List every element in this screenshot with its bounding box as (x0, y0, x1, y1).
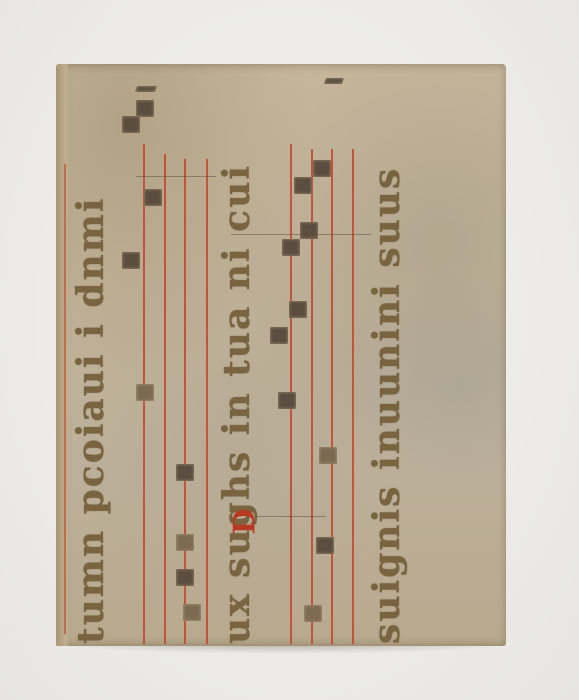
ruling-line (136, 176, 216, 177)
music-note-square (136, 384, 154, 401)
music-note-square (300, 222, 318, 239)
music-note-square (270, 327, 288, 344)
vellum-book-cover: tumn pcoiaui i dnmi ux sughs in tua ni c… (56, 64, 506, 646)
music-note-square (324, 78, 344, 84)
book-spine-edge (56, 64, 70, 646)
music-note-square (282, 239, 300, 256)
staff-line-red (352, 149, 354, 644)
music-note-square (294, 177, 312, 194)
music-note-square (135, 86, 157, 92)
staff-line-red (331, 149, 333, 644)
manuscript-text-column: suignis inuunini suus (366, 164, 408, 644)
music-note-square (319, 447, 337, 464)
music-note-square (304, 605, 322, 622)
music-note-square (183, 604, 201, 621)
music-note-square (144, 189, 162, 206)
music-note-square (176, 534, 194, 551)
margin-line-red (64, 164, 66, 634)
staff-line-red (206, 159, 208, 644)
manuscript-text-column: tumn pcoiaui i dnmi (70, 154, 112, 644)
music-note-square (278, 392, 296, 409)
staff-line-red (164, 154, 166, 644)
music-note-square (122, 252, 140, 269)
music-note-square (136, 100, 154, 117)
music-note-square (176, 569, 194, 586)
music-note-square (313, 160, 331, 177)
music-note-square (289, 301, 307, 318)
red-initial-letter: D (228, 508, 263, 534)
music-note-square (316, 537, 334, 554)
music-note-square (176, 464, 194, 481)
manuscript-text-column: ux sughs in tua ni cui (216, 144, 258, 644)
music-note-square (122, 116, 140, 133)
